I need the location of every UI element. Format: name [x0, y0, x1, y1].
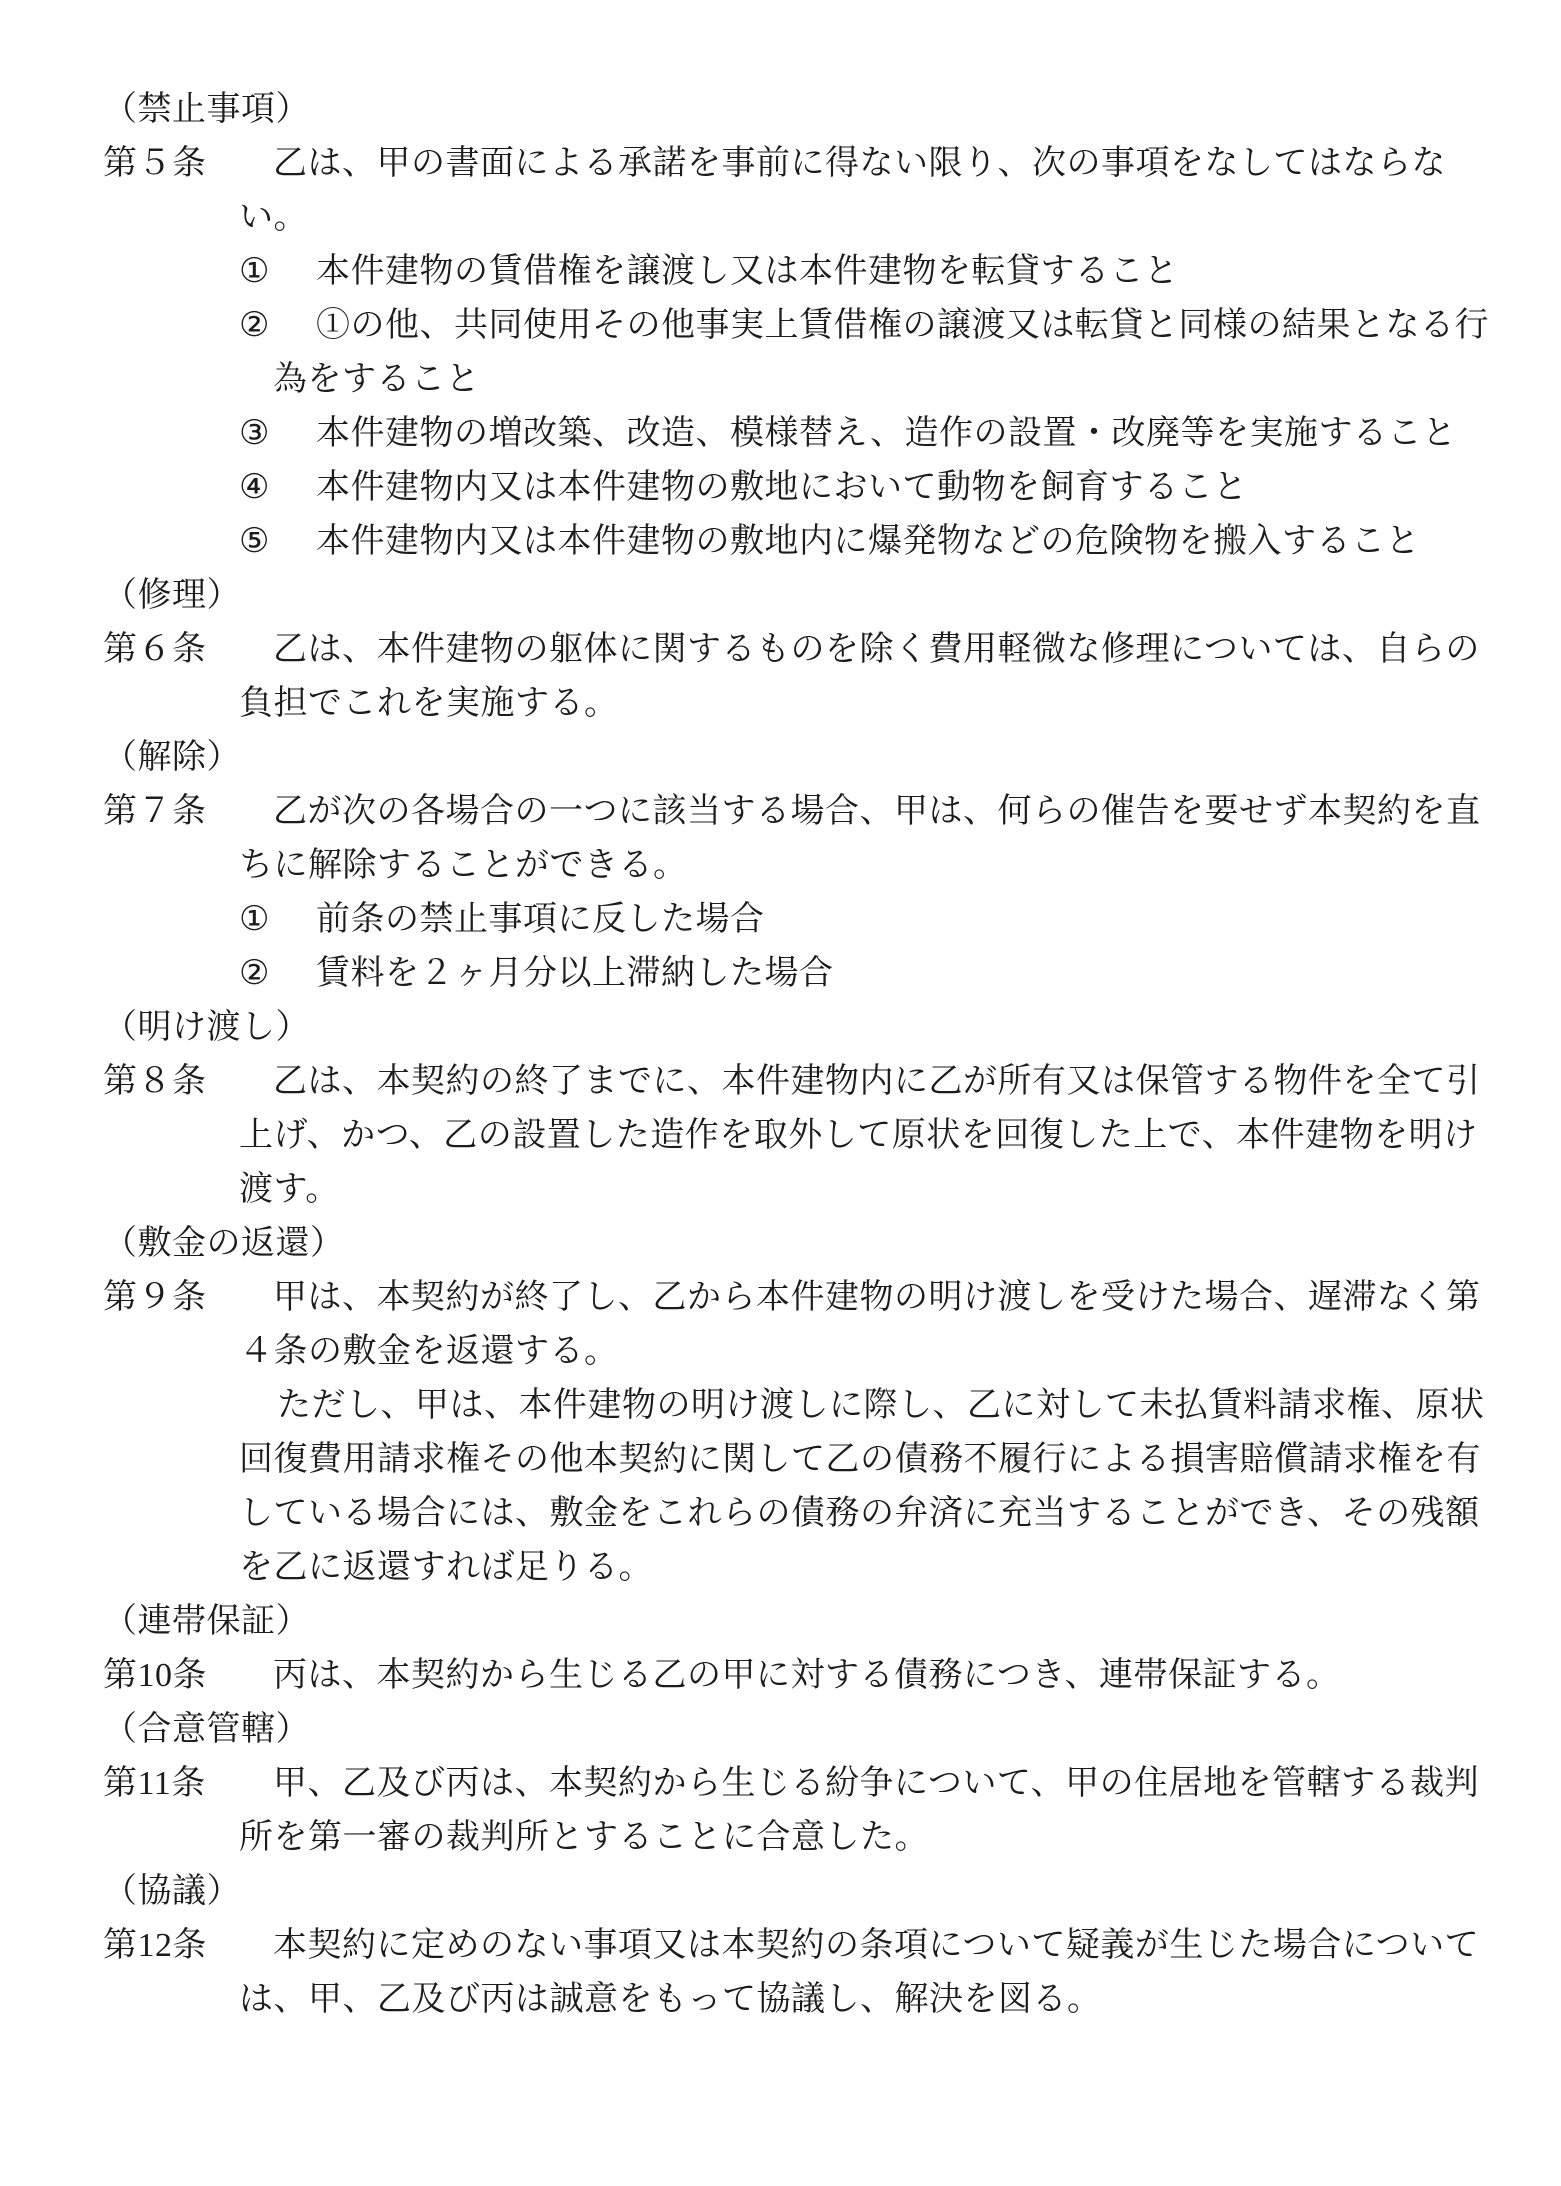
article-5-item-4: ④ 本件建物内又は本件建物の敷地において動物を飼育すること	[103, 461, 1501, 515]
article-5-first-line: 第５条 乙は、甲の書面による承諾を事前に得ない限り、次の事項をなしてはならな	[103, 137, 1501, 191]
item-text: 賃料を２ヶ月分以上滞納した場合	[316, 955, 834, 992]
article-5-item-1: ① 本件建物の賃借権を譲渡し又は本件建物を転貸すること	[103, 245, 1501, 299]
article-7-text: 乙が次の各場合の一つに該当する場合、甲は、何らの催告を要せず本契約を直	[273, 793, 1481, 830]
article-12-number: 第12条	[103, 1919, 207, 1973]
article-10-text: 丙は、本契約から生じる乙の甲に対する債務につき、連帯保証する。	[273, 1657, 1340, 1694]
article-5-item-2-continuation: 為をすること	[103, 353, 1501, 407]
article-5-item-2: ② ①の他、共同使用その他事実上賃借権の譲渡又は転貸と同様の結果となる行	[103, 299, 1501, 353]
item-text: 本件建物の賃借権を譲渡し又は本件建物を転貸すること	[316, 253, 1179, 290]
article-9-proviso-continuation-1: 回復費用請求権その他本契約に関して乙の債務不履行による損害賠償請求権を有	[103, 1433, 1501, 1487]
article-11-text: 甲、乙及び丙は、本契約から生じる紛争について、甲の住居地を管轄する裁判	[273, 1765, 1479, 1802]
circled-number-3: ③	[239, 407, 273, 461]
item-text: 前条の禁止事項に反した場合	[316, 901, 765, 938]
article-9-proviso-first-line: ただし、甲は、本件建物の明け渡しに際し、乙に対して未払賃料請求権、原状	[103, 1379, 1501, 1433]
article-8-number: 第８条	[103, 1055, 207, 1109]
circled-number-5: ⑤	[239, 515, 273, 569]
section-heading-joint-guarantee: （連帯保証）	[103, 1595, 1501, 1649]
section-heading-termination: （解除）	[103, 731, 1501, 785]
article-8-text: 乙は、本契約の終了までに、本件建物内に乙が所有又は保管する物件を全て引	[273, 1063, 1481, 1100]
article-7-number: 第７条	[103, 785, 207, 839]
section-heading-deposit-return: （敷金の返還）	[103, 1217, 1501, 1271]
article-5-continuation: い。	[103, 191, 1501, 245]
article-12-continuation: は、甲、乙及び丙は誠意をもって協議し、解決を図る。	[103, 1973, 1501, 2027]
section-heading-repairs: （修理）	[103, 569, 1501, 623]
article-9-continuation-1: ４条の敷金を返還する。	[103, 1325, 1501, 1379]
section-heading-vacating: （明け渡し）	[103, 1001, 1501, 1055]
article-12-text: 本契約に定めのない事項又は本契約の条項について疑義が生じた場合について	[273, 1927, 1479, 1964]
section-heading-prohibited-acts: （禁止事項）	[103, 83, 1501, 137]
item-text: 本件建物の増改築、改造、模様替え、造作の設置・改廃等を実施すること	[316, 415, 1457, 452]
item-text: 本件建物内又は本件建物の敷地内に爆発物などの危険物を搬入すること	[316, 523, 1420, 560]
article-5-number: 第５条	[103, 137, 207, 191]
article-9-proviso-continuation-3: を乙に返還すれば足りる。	[103, 1541, 1501, 1595]
article-12-first-line: 第12条 本契約に定めのない事項又は本契約の条項について疑義が生じた場合について	[103, 1919, 1501, 1973]
article-11-number: 第11条	[103, 1757, 206, 1811]
article-9-proviso-continuation-2: している場合には、敷金をこれらの債務の弁済に充当することができ、その残額	[103, 1487, 1501, 1541]
article-6-text: 乙は、本件建物の躯体に関するものを除く費用軽微な修理については、自らの	[273, 631, 1480, 668]
article-7-item-1: ① 前条の禁止事項に反した場合	[103, 893, 1501, 947]
article-6-first-line: 第６条 乙は、本件建物の躯体に関するものを除く費用軽微な修理については、自らの	[103, 623, 1501, 677]
circled-number-1: ①	[239, 893, 273, 947]
article-5-text: 乙は、甲の書面による承諾を事前に得ない限り、次の事項をなしてはならな	[273, 145, 1446, 182]
article-11-first-line: 第11条 甲、乙及び丙は、本契約から生じる紛争について、甲の住居地を管轄する裁判	[103, 1757, 1501, 1811]
circled-number-4: ④	[239, 461, 273, 515]
article-6-continuation: 負担でこれを実施する。	[103, 677, 1501, 731]
circled-number-2: ②	[239, 299, 273, 353]
article-9-first-line: 第９条 甲は、本契約が終了し、乙から本件建物の明け渡しを受けた場合、遅滞なく第	[103, 1271, 1501, 1325]
circled-number-2: ②	[239, 947, 273, 1001]
article-8-continuation-1: 上げ、かつ、乙の設置した造作を取外して原状を回復した上で、本件建物を明け	[103, 1109, 1501, 1163]
circled-number-1: ①	[239, 245, 273, 299]
article-8-continuation-2: 渡す。	[103, 1163, 1501, 1217]
article-9-number: 第９条	[103, 1271, 207, 1325]
item-text: 本件建物内又は本件建物の敷地において動物を飼育すること	[316, 469, 1248, 506]
article-5-item-5: ⑤ 本件建物内又は本件建物の敷地内に爆発物などの危険物を搬入すること	[103, 515, 1501, 569]
article-8-first-line: 第８条 乙は、本契約の終了までに、本件建物内に乙が所有又は保管する物件を全て引	[103, 1055, 1501, 1109]
article-10-first-line: 第10条 丙は、本契約から生じる乙の甲に対する債務につき、連帯保証する。	[103, 1649, 1501, 1703]
article-7-continuation: ちに解除することができる。	[103, 839, 1501, 893]
section-heading-consultation: （協議）	[103, 1865, 1501, 1919]
article-7-item-2: ② 賃料を２ヶ月分以上滞納した場合	[103, 947, 1501, 1001]
article-6-number: 第６条	[103, 623, 207, 677]
article-11-continuation: 所を第一審の裁判所とすることに合意した。	[103, 1811, 1501, 1865]
article-7-first-line: 第７条 乙が次の各場合の一つに該当する場合、甲は、何らの催告を要せず本契約を直	[103, 785, 1501, 839]
section-heading-agreed-jurisdiction: （合意管轄）	[103, 1703, 1501, 1757]
item-text: ①の他、共同使用その他事実上賃借権の譲渡又は転貸と同様の結果となる行	[316, 307, 1489, 344]
article-5-item-3: ③ 本件建物の増改築、改造、模様替え、造作の設置・改廃等を実施すること	[103, 407, 1501, 461]
article-10-number: 第10条	[103, 1649, 207, 1703]
contract-page: （禁止事項） 第５条 乙は、甲の書面による承諾を事前に得ない限り、次の事項をなし…	[0, 0, 1561, 2186]
article-9-text: 甲は、本契約が終了し、乙から本件建物の明け渡しを受けた場合、遅滞なく第	[273, 1279, 1481, 1316]
